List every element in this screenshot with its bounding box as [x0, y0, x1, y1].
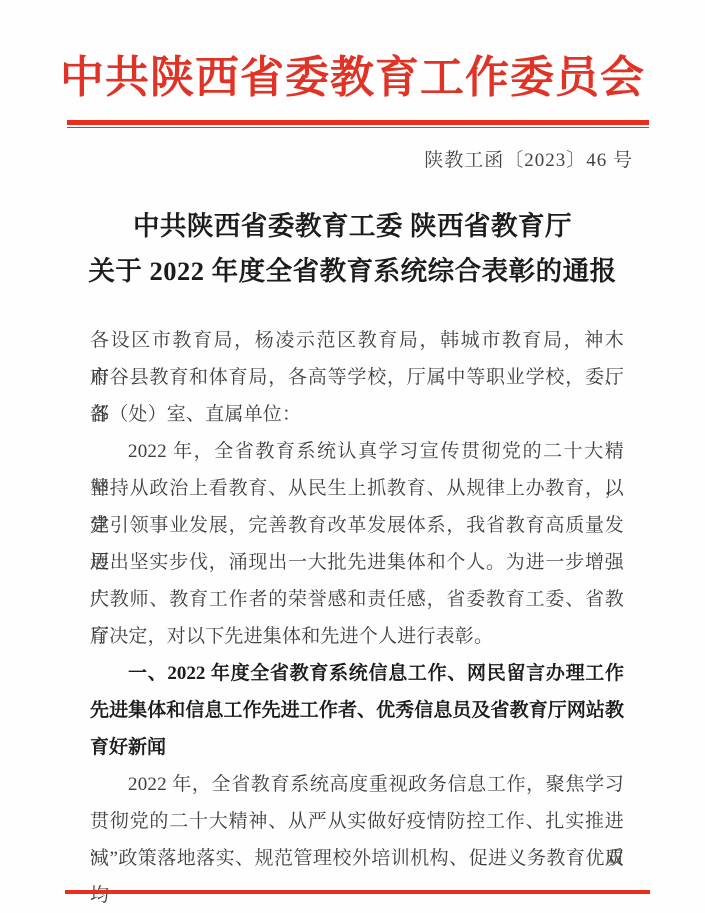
document-body: 各设区市教育局，杨凌示范区教育局，韩城市教育局，神木市、府谷县教育和体育局，各高…: [90, 322, 624, 877]
body-line: 坚持从政治上看教育、从民生上抓教育、从规律上办教育，以党: [90, 470, 624, 507]
body-line: 各设区市教育局，杨凌示范区教育局，韩城市教育局，神木市、: [90, 322, 624, 359]
section-heading-line: 育好新闻: [90, 729, 624, 766]
letterhead-org-name: 中共陕西省委教育工作委员会: [0, 49, 705, 107]
body-line: 部（处）室、直属单位：: [90, 396, 624, 433]
body-line: 2022 年，全省教育系统认真学习宣传贯彻党的二十大精神，: [90, 433, 624, 470]
document-title: 中共陕西省委教育工委 陕西省教育厅 关于 2022 年度全省教育系统综合表彰的通…: [0, 204, 705, 294]
letterhead-red-rule: [67, 120, 649, 128]
body-line: 厅决定，对以下先进集体和先进个人进行表彰。: [90, 618, 624, 655]
body-line: 贯彻党的二十大精神、从严从实做好疫情防控工作、扎实推进“双: [90, 803, 624, 840]
body-line: 迈出坚实步伐，涌现出一大批先进集体和个人。为进一步增强广: [90, 544, 624, 581]
document-title-line2: 关于 2022 年度全省教育系统综合表彰的通报: [0, 249, 705, 294]
body-line: 2022 年，全省教育系统高度重视政务信息工作，聚焦学习: [90, 766, 624, 803]
section-heading-line: 先进集体和信息工作先进工作者、优秀信息员及省教育厅网站教: [90, 692, 624, 729]
document-title-line1: 中共陕西省委教育工委 陕西省教育厅: [0, 204, 705, 249]
body-line: 建引领事业发展，完善教育改革发展体系，我省教育高质量发展: [90, 507, 624, 544]
body-line: 府谷县教育和体育局，各高等学校，厅属中等职业学校，委厅各: [90, 359, 624, 396]
body-line: 大教师、教育工作者的荣誉感和责任感，省委教育工委、省教育: [90, 581, 624, 618]
body-line: 减”政策落地落实、规范管理校外培训机构、促进义务教育优质均: [90, 840, 624, 877]
footer-red-rule: [65, 890, 650, 894]
document-page: 中共陕西省委教育工作委员会 陕教工函〔2023〕46 号 中共陕西省委教育工委 …: [0, 0, 705, 913]
section-heading-line: 一、2022 年度全省教育系统信息工作、网民留言办理工作: [90, 655, 624, 692]
document-number: 陕教工函〔2023〕46 号: [0, 148, 705, 174]
